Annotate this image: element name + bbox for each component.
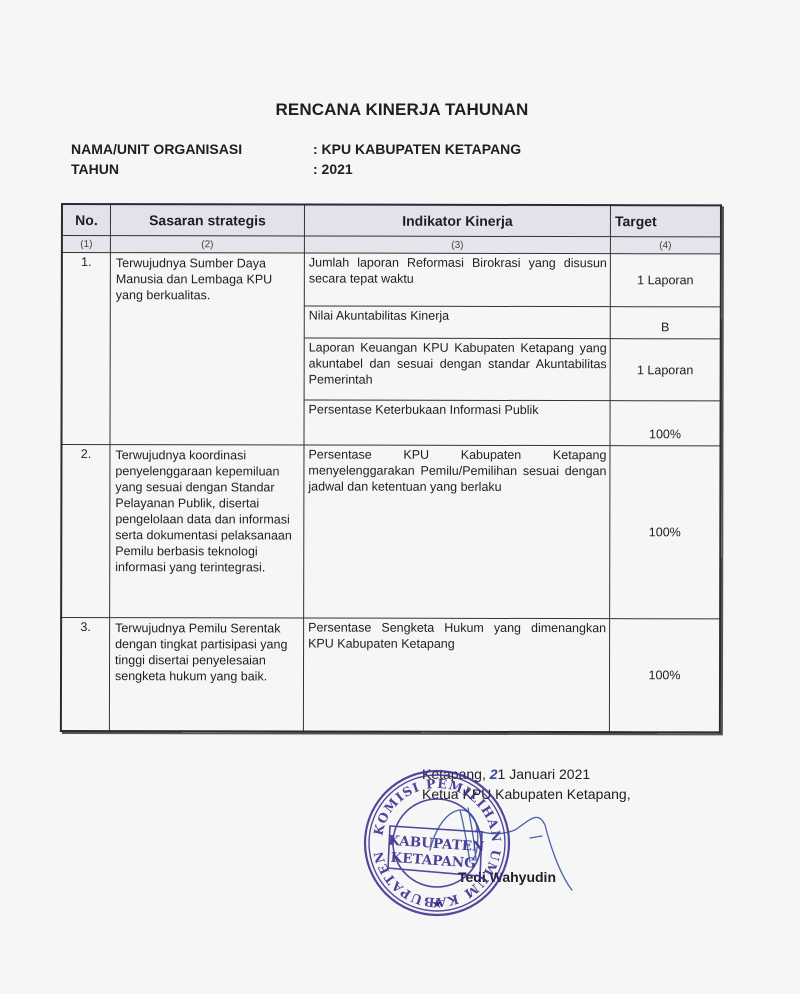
row-number: 1. — [61, 253, 110, 445]
target-cell: 100% — [610, 446, 721, 619]
target-cell: 1 Laporan — [610, 339, 721, 401]
target-cell: 100% — [610, 401, 721, 446]
target-cell: B — [610, 307, 721, 339]
column-number-3: (3) — [304, 236, 610, 254]
row-number: 3. — [61, 618, 110, 731]
header-target: Target — [610, 205, 721, 237]
header-no: No. — [62, 204, 111, 236]
meta-year-value: : 2021 — [313, 161, 353, 177]
target-cell: 100% — [609, 619, 720, 732]
table-row: 1. Terwujudnya Sumber Daya Manusia dan L… — [62, 253, 721, 307]
sasaran-cell: Terwujudnya Pemilu Serentak dengan tingk… — [109, 618, 303, 731]
table-row: 3. Terwujudnya Pemilu Serentak dengan ti… — [61, 618, 720, 732]
column-number-4: (4) — [610, 237, 721, 254]
header-indikator: Indikator Kinerja — [304, 205, 610, 237]
sasaran-cell: Terwujudnya Sumber Daya Manusia dan Lemb… — [110, 253, 304, 445]
indikator-cell: Nilai Akuntabilitas Kinerja — [304, 306, 610, 339]
header-sasaran: Sasaran strategis — [110, 204, 304, 236]
indikator-cell: Persentase Keterbukaan Informasi Publik — [304, 400, 610, 446]
sasaran-cell: Terwujudnya koordinasi penyelenggaraan k… — [110, 445, 304, 618]
row-number: 2. — [61, 445, 110, 618]
performance-table: No. Sasaran strategis Indikator Kinerja … — [60, 203, 722, 733]
meta-year-label: TAHUN — [71, 161, 119, 177]
meta-organization-value: : KPU KABUPATEN KETAPANG — [313, 141, 521, 157]
indikator-cell: Persentase Sengketa Hukum yang dimenangk… — [303, 618, 609, 732]
indikator-cell: Laporan Keuangan KPU Kabupaten Ketapang … — [304, 338, 610, 401]
target-cell: 1 Laporan — [610, 254, 721, 307]
handwritten-signature-icon — [420, 790, 580, 900]
column-number-1: (1) — [62, 236, 111, 253]
indikator-cell: Jumlah laporan Reformasi Birokrasi yang … — [304, 253, 610, 307]
column-number-2: (2) — [110, 236, 304, 253]
document-title: RENCANA KINERJA TAHUNAN — [2, 100, 800, 120]
indikator-cell: Persentase KPU Kabupaten Ketapang menyel… — [304, 445, 610, 619]
table-row: 2. Terwujudnya koordinasi penyelenggaraa… — [61, 445, 720, 619]
meta-organization-label: NAMA/UNIT ORGANISASI — [71, 141, 242, 157]
